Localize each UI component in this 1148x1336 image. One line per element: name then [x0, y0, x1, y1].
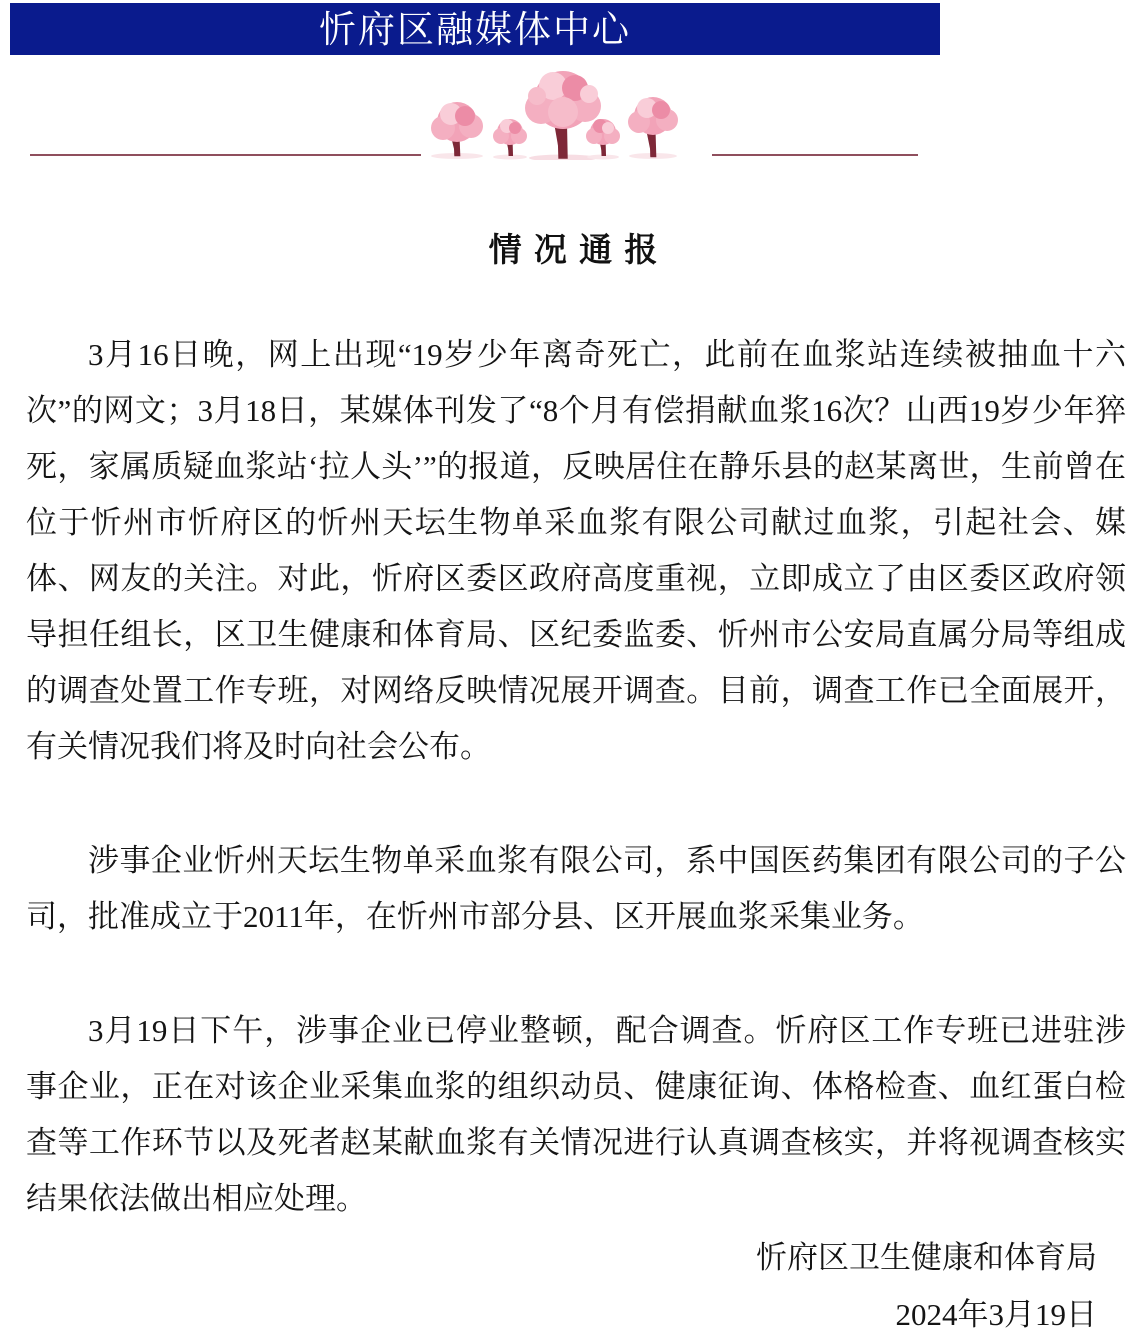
document-title: 情 况 通 报: [0, 224, 1148, 271]
banner-title: 忻府区融媒体中心: [319, 11, 631, 48]
document-body: 3月16日晚，网上出现“19岁少年离奇死亡，此前在血浆站连续被抽血十六次”的网文…: [26, 327, 1126, 1285]
issuer-signature: 忻府区卫生健康和体育局: [756, 1229, 1097, 1286]
divider-line-right: [712, 154, 918, 156]
signature-block: 忻府区卫生健康和体育局 2024年3月19日: [756, 1229, 1097, 1336]
paragraph-1: 3月16日晚，网上出现“19岁少年离奇死亡，此前在血浆站连续被抽血十六次”的网文…: [26, 327, 1126, 775]
header-banner: 忻府区融媒体中心: [10, 3, 940, 55]
notice-page: 忻府区融媒体中心: [0, 0, 1148, 1336]
divider-line-left: [30, 154, 421, 156]
paragraph-2: 涉事企业忻州天坛生物单采血浆有限公司，系中国医药集团有限公司的子公司，批准成立于…: [26, 833, 1126, 945]
issue-date: 2024年3月19日: [756, 1286, 1097, 1336]
paragraph-3: 3月19日下午，涉事企业已停业整顿，配合调查。忻府区工作专班已进驻涉事企业，正在…: [26, 1003, 1126, 1227]
cherry-blossom-trees-icon: [421, 60, 713, 160]
